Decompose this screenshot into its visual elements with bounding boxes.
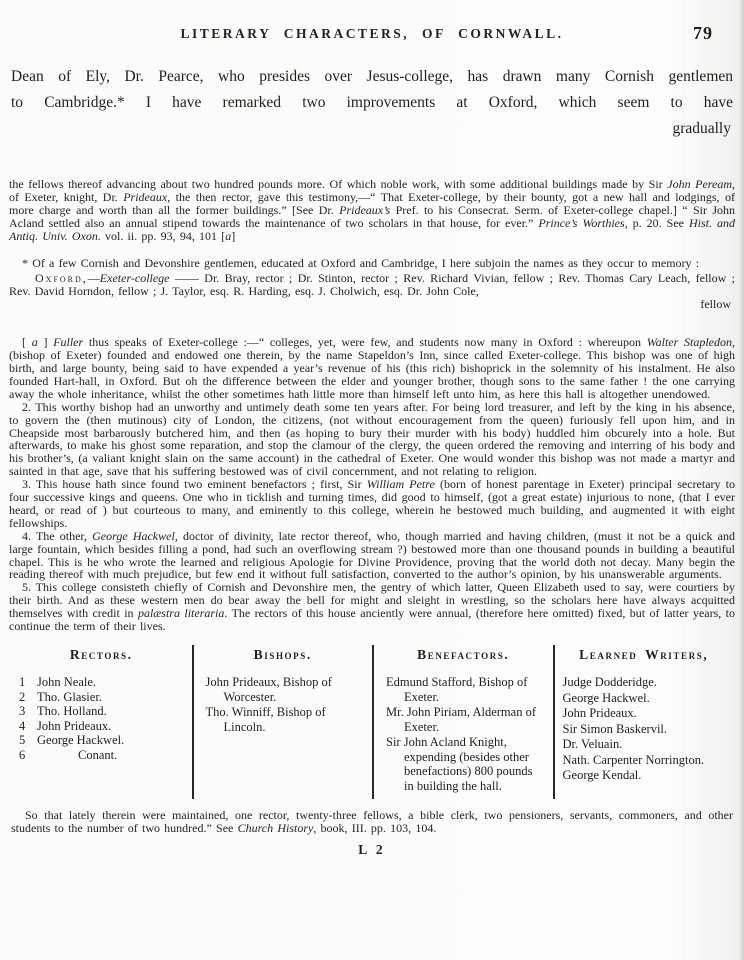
main-text-catchword: gradually (11, 116, 733, 142)
rectors-list: 1John Neale.2Tho. Glasier.3Tho. Holland.… (19, 675, 184, 762)
table-entry: Judge Dodderidge. (563, 675, 726, 690)
text-segment: Walter Stapledon (647, 335, 732, 349)
table-entry: John Prideaux, Bishop of Worcester. (206, 675, 365, 704)
bishops-list: John Prideaux, Bishop of Worcester.Tho. … (202, 675, 365, 734)
table-entry: Sir Simon Baskervil. (563, 722, 726, 737)
table-row: 6Conant. (19, 748, 184, 763)
table-row: 4John Prideaux. (19, 719, 184, 734)
note-a-paragraph-1: [ a ] Fuller thus speaks of Exeter-colle… (9, 336, 735, 401)
table-entry: George Kendal. (563, 768, 726, 783)
table-column-learned-writers: Learned Writers, Judge Dodderidge.George… (553, 645, 734, 799)
text-segment: Fuller (53, 335, 83, 349)
table-column-bishops: Bishops. John Prideaux, Bishop of Worces… (192, 645, 373, 799)
row-name: Tho. Glasier. (30, 690, 102, 705)
text-segment: palæstra literaria (138, 606, 224, 620)
text-segment: [ (22, 335, 32, 349)
text-segment: George Hackwel (92, 529, 175, 543)
text-segment: — (88, 271, 100, 285)
note-a-paragraph-4: 4. The other, George Hackwel, doctor of … (9, 530, 735, 582)
text-segment: 2. This worthy bishop had an unworthy an… (9, 400, 735, 479)
row-number: 3 (19, 704, 30, 719)
text-segment: John Peream (667, 177, 732, 191)
text-segment: Prideaux (123, 190, 167, 204)
running-head: LITERARY CHARACTERS, OF CORNWALL. 79 (9, 26, 735, 50)
footnotes-section: the fellows thereof advancing about two … (9, 178, 735, 633)
row-number: 5 (19, 733, 30, 748)
column-header-bishops: Bishops. (202, 647, 365, 663)
oxford-list-line: Oxford,—Exeter-college —— Dr. Bray, rect… (9, 272, 735, 298)
text-segment: ] (38, 335, 53, 349)
note-a-paragraph-5: 5. This college consisteth chiefly of Co… (9, 581, 735, 633)
oxford-list-lastword: fellow (9, 298, 735, 311)
table-column-benefactors: Benefactors. Edmund Stafford, Bishop of … (372, 645, 553, 799)
main-text-line: to Cambridge.* I have remarked two impro… (11, 90, 733, 116)
page-header-title: LITERARY CHARACTERS, OF CORNWALL. (9, 26, 735, 42)
row-number: 2 (19, 690, 30, 705)
table-row: 5George Hackwel. (19, 733, 184, 748)
table-entry: Mr. John Piriam, Alderman of Exeter. (386, 705, 545, 734)
text-segment: Prince’s Worthies (538, 216, 624, 230)
table-entry: Dr. Veluain. (563, 737, 726, 752)
text-segment: Church History (238, 821, 314, 835)
row-name: John Neale. (30, 675, 96, 690)
closing-section: So that lately therein were maintained, … (11, 809, 733, 835)
row-name: John Prideaux. (30, 719, 111, 734)
table-entry: Tho. Winniff, Bishop of Lincoln. (206, 705, 365, 734)
row-name: Tho. Holland. (30, 704, 107, 719)
main-text-line: Dean of Ely, Dr. Pearce, who presides ov… (11, 64, 733, 90)
column-header-rectors: Rectors. (19, 647, 184, 663)
row-number: 6 (19, 748, 30, 763)
text-segment: the fellows thereof advancing about two … (9, 177, 667, 191)
note-a-paragraph-3: 3. This house hath since found two emine… (9, 478, 735, 530)
row-name: Conant. (30, 748, 117, 763)
text-segment: 4. The other, (22, 529, 92, 543)
page-number: 79 (693, 23, 713, 44)
exeter-college-table: Rectors. 1John Neale.2Tho. Glasier.3Tho.… (11, 645, 733, 799)
text-segment: 3. This house hath since found two emine… (22, 477, 367, 491)
text-segment: vol. ii. pp. 93, 94, 101 [ (101, 229, 225, 243)
text-segment: thus speaks of Exeter-college :—“ colleg… (83, 335, 647, 349)
closing-paragraph: So that lately therein were maintained, … (11, 809, 733, 835)
table-entry: Sir John Acland Knight, expending (besid… (386, 735, 545, 793)
text-segment: Oxford, (35, 271, 88, 285)
book-page: LITERARY CHARACTERS, OF CORNWALL. 79 Dea… (0, 0, 744, 960)
table-row: 1John Neale. (19, 675, 184, 690)
column-header-benefactors: Benefactors. (382, 647, 545, 663)
learned-writers-list: Judge Dodderidge.George Hackwel.John Pri… (563, 675, 726, 783)
table-entry: Nath. Carpenter Norrington. (563, 753, 726, 768)
column-header-learned-writers: Learned Writers, (563, 647, 726, 663)
text-segment: William Petre (367, 477, 435, 491)
benefactors-list: Edmund Stafford, Bishop of Exeter.Mr. Jo… (382, 675, 545, 793)
footnote-continuation: the fellows thereof advancing about two … (9, 178, 735, 243)
row-number: 4 (19, 719, 30, 734)
note-a-block: [ a ] Fuller thus speaks of Exeter-colle… (9, 336, 735, 633)
table-row: 2Tho. Glasier. (19, 690, 184, 705)
row-name: George Hackwel. (30, 733, 124, 748)
text-segment: Prideaux’s (339, 203, 390, 217)
table-entry: Edmund Stafford, Bishop of Exeter. (386, 675, 545, 704)
table-entry: George Hackwel. (563, 691, 726, 706)
text-segment: , book, III. pp. 103, 104. (313, 821, 436, 835)
text-segment: ] (231, 229, 235, 243)
text-segment: Exeter-college (100, 271, 170, 285)
text-segment: * Of a few Cornish and Devonshire gentle… (22, 256, 699, 270)
signature-mark: L 2 (9, 842, 735, 858)
table-row: 3Tho. Holland. (19, 704, 184, 719)
table-entry: John Prideaux. (563, 706, 726, 721)
asterisk-footnote: * Of a few Cornish and Devonshire gentle… (9, 257, 735, 270)
table-column-rectors: Rectors. 1John Neale.2Tho. Glasier.3Tho.… (11, 645, 192, 799)
note-a-paragraph-2: 2. This worthy bishop had an unworthy an… (9, 401, 735, 478)
main-text: Dean of Ely, Dr. Pearce, who presides ov… (11, 64, 733, 142)
text-segment: , p. 20. See (625, 216, 689, 230)
row-number: 1 (19, 675, 30, 690)
